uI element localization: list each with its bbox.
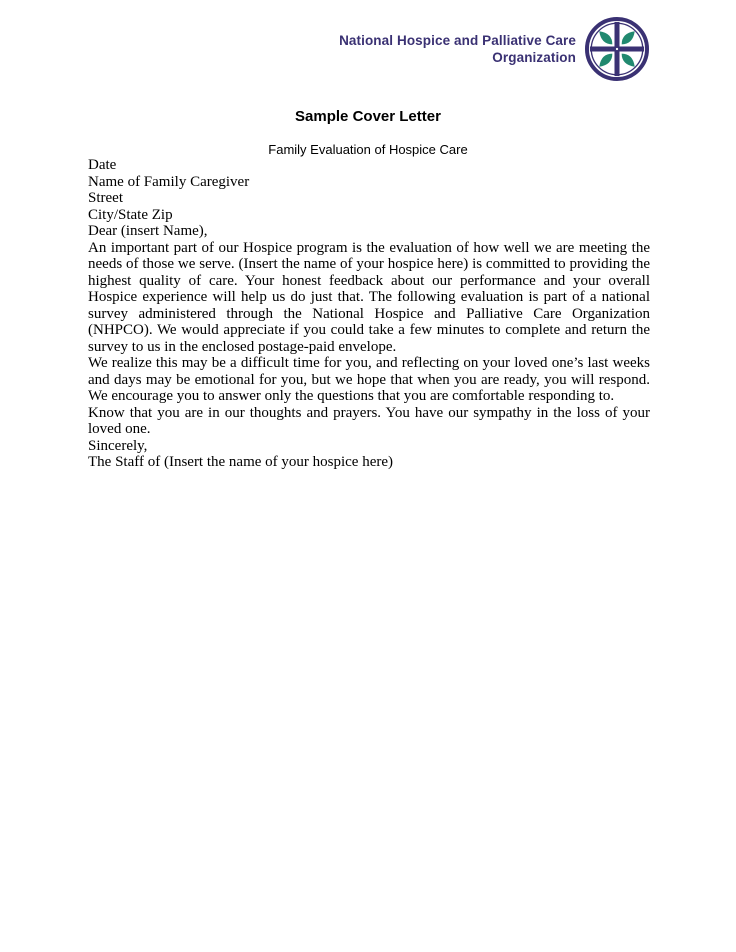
paragraph-3: Know that you are in our thoughts and pr… xyxy=(88,405,650,438)
paragraph-2: We realize this may be a difficult time … xyxy=(88,355,650,405)
date-line: Date xyxy=(88,157,650,174)
paragraph-1: An important part of our Hospice program… xyxy=(88,240,650,356)
org-header: National Hospice and Palliative Care Org… xyxy=(0,0,736,84)
recipient-block: Name of Family Caregiver Street City/Sta… xyxy=(88,174,650,224)
salutation: Dear (insert Name), xyxy=(88,223,650,240)
letter-body: Date Name of Family Caregiver Street Cit… xyxy=(0,157,736,471)
recipient-city-state-zip: City/State Zip xyxy=(88,207,650,224)
recipient-street: Street xyxy=(88,190,650,207)
letter-page: National Hospice and Palliative Care Org… xyxy=(0,0,736,952)
closing: Sincerely, xyxy=(88,438,650,455)
org-name: National Hospice and Palliative Care Org… xyxy=(339,32,576,66)
org-name-line1: National Hospice and Palliative Care xyxy=(339,32,576,49)
nhpco-logo-icon xyxy=(584,16,650,82)
document-title: Sample Cover Letter xyxy=(0,108,736,125)
org-name-line2: Organization xyxy=(339,49,576,66)
document-subtitle: Family Evaluation of Hospice Care xyxy=(0,142,736,157)
signature-line: The Staff of (Insert the name of your ho… xyxy=(88,454,650,471)
recipient-name: Name of Family Caregiver xyxy=(88,174,650,191)
logo-center-dot xyxy=(616,48,618,50)
